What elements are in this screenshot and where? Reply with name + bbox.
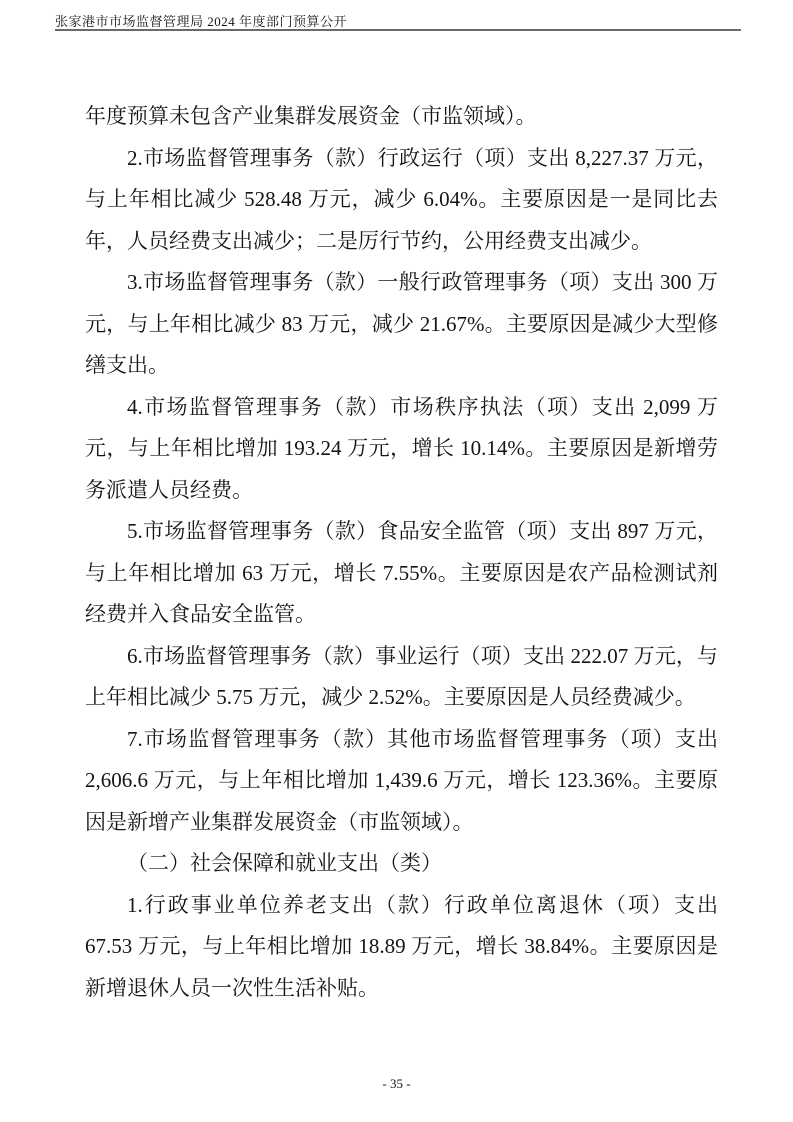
paragraph-item-6: 6.市场监督管理事务（款）事业运行（项）支出 222.07 万元，与上年相比减少… bbox=[85, 636, 718, 719]
paragraph-item-2: 2.市场监督管理事务（款）行政运行（项）支出 8,227.37 万元，与上年相比… bbox=[85, 138, 718, 263]
running-header-title: 张家港市市场监督管理局 2024 年度部门预算公开 bbox=[55, 11, 347, 30]
paragraph-item-5: 5.市场监督管理事务（款）食品安全监管（项）支出 897 万元，与上年相比增加 … bbox=[85, 511, 718, 636]
section-heading-social-security: （二）社会保障和就业支出（类） bbox=[85, 843, 718, 885]
document-page: 张家港市市场监督管理局 2024 年度部门预算公开 年度预算未包含产业集群发展资… bbox=[0, 0, 793, 1122]
header-rule bbox=[55, 29, 741, 31]
paragraph-continuation: 年度预算未包含产业集群发展资金（市监领域）。 bbox=[85, 96, 718, 138]
document-body: 年度预算未包含产业集群发展资金（市监领域）。 2.市场监督管理事务（款）行政运行… bbox=[85, 96, 718, 1009]
paragraph-item-pension: 1.行政事业单位养老支出（款）行政单位离退休（项）支出 67.53 万元，与上年… bbox=[85, 885, 718, 1010]
paragraph-item-4: 4.市场监督管理事务（款）市场秩序执法（项）支出 2,099 万元，与上年相比增… bbox=[85, 387, 718, 512]
paragraph-item-7: 7.市场监督管理事务（款）其他市场监督管理事务（项）支出 2,606.6 万元，… bbox=[85, 719, 718, 844]
paragraph-item-3: 3.市场监督管理事务（款）一般行政管理事务（项）支出 300 万元，与上年相比减… bbox=[85, 262, 718, 387]
page-number: - 35 - bbox=[0, 1076, 793, 1092]
